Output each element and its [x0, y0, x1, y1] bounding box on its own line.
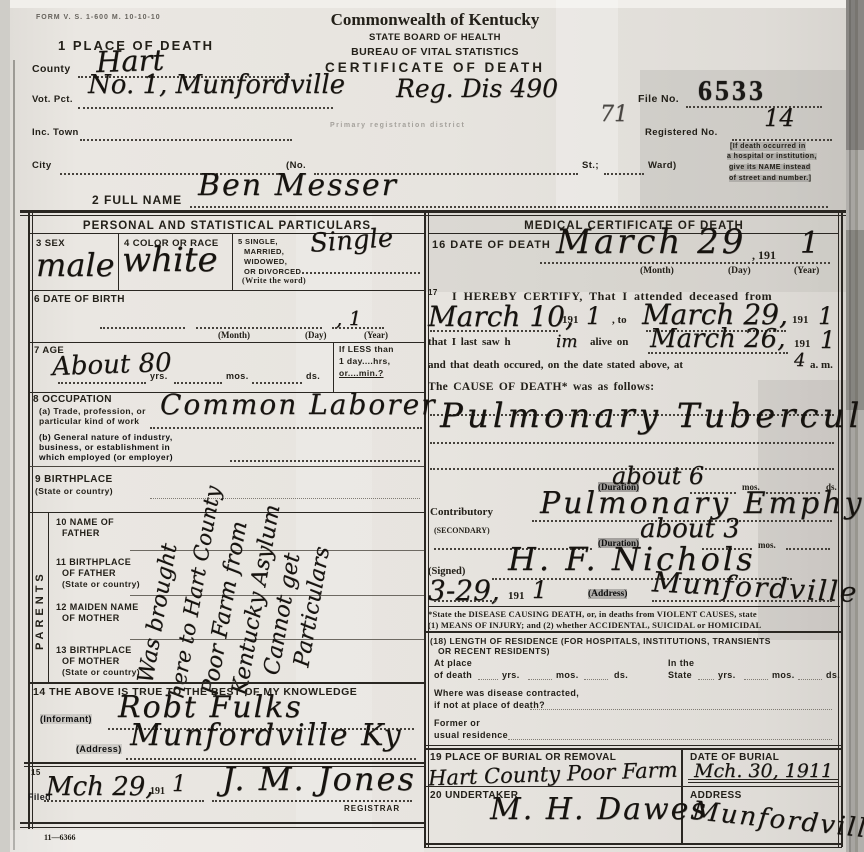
full-name-dots [190, 206, 828, 208]
at-place-dots-2 [528, 679, 552, 680]
filed-date-value: Mch 29, [46, 772, 154, 802]
secondary-label: (SECONDARY) [434, 526, 490, 535]
in-state-dots-2 [744, 679, 768, 680]
from-year-printed: 191 [562, 314, 579, 326]
commonwealth-title: Commonwealth of Kentucky [295, 10, 575, 30]
row-rule-342 [30, 342, 424, 343]
dob-month-label: (Month) [218, 330, 250, 340]
in-state-dots-3 [798, 679, 822, 680]
mother-bp-line2: OF MOTHER [62, 656, 120, 666]
right-border-2 [841, 211, 843, 847]
footnote-line2: (1) MEANS OF INJURY; and (2) whether ACC… [428, 620, 840, 630]
physician-address-dots [652, 600, 832, 602]
scan-left-edge [0, 0, 10, 852]
undertaker-value: M. H. Dawes [490, 792, 708, 827]
mother-bp-line1: 13 BIRTHPLACE [56, 645, 132, 655]
right-bottom-rule-1 [424, 843, 842, 845]
father-name-line2: FATHER [62, 528, 100, 538]
at-place-yrs: yrs. [502, 670, 520, 680]
row-rule-290 [30, 290, 424, 291]
marital-label-line3: WIDOWED, [244, 257, 287, 266]
cause-intro: The CAUSE OF DEATH* was as follows: [428, 381, 654, 393]
file-no-value: 6533 [698, 76, 766, 108]
from-year-digit: 1 [586, 302, 601, 330]
age-subcell-divider [333, 342, 334, 392]
former-line1: Former or [434, 718, 480, 728]
filed-dots-1 [44, 800, 204, 802]
birthplace-dots [150, 498, 420, 499]
last-saw-pre: that I last saw h [428, 336, 511, 348]
mother-name-line2: OF MOTHER [62, 613, 120, 623]
right-border-1 [838, 211, 839, 847]
dod-dots [540, 262, 830, 264]
residence-label-line1: (18) LENGTH OF RESIDENCE (FOR HOSPITALS,… [430, 636, 840, 646]
at-place-ds: ds. [614, 670, 628, 680]
left-border-1 [28, 211, 30, 829]
inc-town-dots [80, 139, 292, 141]
occupation-label: 8 OCCUPATION [33, 394, 112, 405]
occupation-a-line2: particular kind of work [39, 416, 139, 426]
hospital-note-line1: [If death occurred in [730, 142, 806, 151]
occupation-b-line3: which employed (or employer) [39, 452, 173, 462]
vot-pct-value: No. 1, Munfordville [88, 70, 345, 100]
mother-name-line1: 12 MAIDEN NAME [56, 602, 139, 612]
street-label: St.; [582, 160, 599, 171]
attended-from-value: March 10, [428, 300, 574, 333]
in-state-dots-1 [698, 679, 714, 680]
hospital-note-line2: a hospital or institution, [727, 153, 817, 160]
to-year-printed: 191 [792, 314, 809, 326]
age-dots-2 [174, 382, 222, 384]
marital-label-line5: (Write the word) [242, 276, 306, 285]
registrar-signature: J. M. Jones [222, 760, 416, 798]
duration2-dots-3 [786, 548, 830, 550]
registered-no-value: 14 [764, 104, 795, 132]
age-ds-label: ds. [306, 371, 320, 381]
top-rule-1 [20, 210, 846, 213]
hospital-note-line3: give its NAME instead [729, 164, 811, 171]
occupation-b-dots [230, 460, 420, 462]
in-state-line2: State [668, 670, 692, 680]
dod-year-label: (Year) [794, 266, 819, 276]
filed-year-digit: 1 [172, 772, 186, 797]
father-bp-line3: (State or country) [62, 579, 140, 589]
age-yrs-label: yrs. [150, 371, 168, 381]
age-less-line1: If LESS than [339, 344, 394, 354]
informant-label: (Informant) [40, 714, 92, 724]
mother-bp-line3: (State or country) [62, 667, 140, 677]
dob-value: , 1 [336, 306, 361, 330]
duration2-mos-label: mos. [758, 540, 776, 550]
row-rule-466 [30, 466, 424, 467]
death-ampm: a. m. [810, 359, 833, 371]
filed-year-printed: 191 [150, 786, 165, 797]
full-name-value: Ben Messer [198, 168, 398, 203]
age-mos-label: mos. [226, 371, 249, 381]
at-place-mos: mos. [556, 670, 579, 680]
former-line2: usual residence [434, 730, 508, 740]
death-occurred-line: and that death occured, on the date stat… [428, 359, 683, 371]
registered-no-label: Registered No. [645, 127, 718, 138]
form-code-bottom: 11—6366 [44, 833, 76, 842]
burial-top-rule-2 [424, 748, 842, 750]
at-place-dots-1 [478, 679, 498, 680]
signed-year-printed: 191 [508, 590, 525, 602]
occupation-a-dots [150, 427, 422, 429]
father-name-line1: 10 NAME OF [56, 517, 114, 527]
marital-value: Single [309, 223, 394, 259]
date-of-death-value: March 29 [556, 222, 746, 262]
age-dots-3 [252, 382, 302, 384]
row-rule-682 [30, 682, 424, 684]
dod-year-printed: , 191 [752, 248, 776, 263]
left-bottom-rule-1 [20, 822, 426, 824]
signed-year-digit: 1 [532, 576, 547, 604]
signed-date-value: 3-29, [428, 574, 500, 607]
informant-address-label: (Address) [76, 744, 122, 754]
marital-label-line2: MARRIED, [244, 247, 284, 256]
occupation-a-value: Common Laborer [160, 388, 437, 421]
birthplace-sub-label: (State or country) [35, 486, 113, 496]
age-less-line2: 1 day....hrs, [339, 356, 390, 366]
saw-year-printed: 191 [794, 338, 811, 350]
in-state-ds: ds. [826, 670, 840, 680]
registered-no-dots [732, 139, 832, 141]
state-board-line: STATE BOARD OF HEALTH [295, 32, 575, 43]
occupation-b-line2: business, or establishment in [39, 442, 170, 452]
footnote-top-rule [428, 606, 840, 607]
physician-address-label: (Address) [588, 589, 627, 599]
primary-district-faint: Primary registration district [330, 122, 465, 129]
dod-year-digit: 1 [800, 226, 819, 261]
dob-day-label: (Day) [305, 330, 327, 340]
in-state-line1: In the [668, 658, 694, 668]
marital-label-line1: 5 SINGLE, [238, 237, 278, 246]
contracted-line2: if not at place of death? [434, 700, 545, 710]
filed-num: 15 [31, 768, 41, 777]
hospital-note-line4: of street and number.] [729, 175, 811, 182]
age-dots-1 [58, 382, 146, 384]
cause-dots-2 [430, 442, 834, 444]
scan-right-dark1 [846, 0, 864, 150]
dob-label: 6 DATE OF BIRTH [34, 294, 125, 305]
death-hour-value: 4 [794, 350, 805, 371]
right-bottom-rule-2 [424, 847, 842, 848]
row-rule-512 [30, 512, 424, 513]
date-of-death-label: 16 DATE OF DEATH [432, 239, 551, 251]
burial-date-underline-1 [688, 779, 838, 780]
parents-side-label: PARENTS [34, 570, 46, 650]
dod-day-label: (Day) [728, 266, 751, 276]
informant-address-value: Munfordville Ky [130, 718, 403, 753]
filed-dots-2 [212, 800, 412, 802]
to-word: , to [612, 314, 627, 326]
parents-cell-divider [48, 512, 49, 682]
contributory-label: Contributory [430, 506, 493, 518]
marital-dots [302, 272, 420, 274]
signed-date-dots [434, 600, 496, 602]
city-label: City [32, 160, 52, 171]
footnote-line1: *State the DISEASE CAUSING DEATH, or, in… [428, 609, 840, 619]
reg-dis-value: Reg. Dis 490 [396, 74, 558, 103]
at-place-line1: At place [434, 658, 472, 668]
contracted-line1: Where was disease contracted, [434, 688, 579, 698]
occupation-b-line1: (b) General nature of industry, [39, 432, 173, 442]
cause-of-death-value: Pulmonary Tuberculosis [440, 396, 864, 436]
inc-town-label: Inc. Town [32, 127, 79, 138]
attended-from-dots [430, 330, 558, 332]
birthplace-label: 9 BIRTHPLACE [35, 474, 113, 485]
saw-year-digit: 1 [820, 326, 835, 354]
age-less-line3: or....min.? [339, 368, 384, 378]
center-border-1 [424, 211, 426, 847]
left-border-2 [32, 211, 33, 829]
cell-divider-race-marital [232, 234, 233, 290]
burial-date-underline-2 [688, 782, 838, 783]
at-place-dots-3 [584, 679, 608, 680]
last-saw-mid: alive on [590, 336, 628, 348]
full-name-label: 2 FULL NAME [92, 193, 182, 207]
form-code-top: FORM V. S. 1-600 M. 10-10-10 [36, 14, 161, 21]
district-number-value: 71 [600, 102, 628, 127]
contracted-dots [530, 709, 832, 710]
sex-value: male [36, 246, 115, 284]
dod-month-label: (Month) [640, 266, 674, 276]
residence-label-line2: OR RECENT RESIDENTS) [438, 646, 550, 656]
last-saw-dots [648, 352, 788, 354]
in-state-mos: mos. [772, 670, 795, 680]
occupation-a-line1: (a) Trade, profession, or [39, 406, 146, 416]
vot-pct-label: Vot. Pct. [32, 94, 73, 105]
file-no-label: File No. [638, 93, 679, 105]
bureau-line: BUREAU OF VITAL STATISTICS [295, 46, 575, 58]
dob-dots-1 [100, 327, 185, 329]
registrar-label: REGISTRAR [344, 804, 400, 813]
father-bp-line1: 11 BIRTHPLACE [56, 557, 131, 567]
last-saw-him: im [556, 332, 578, 352]
top-rule-2 [20, 215, 846, 216]
dob-year-label: (Year) [364, 330, 388, 340]
ward-label: Ward) [648, 160, 677, 171]
father-bp-line2: OF FATHER [62, 568, 116, 578]
certify-num: 17 [428, 288, 438, 297]
in-state-yrs: yrs. [718, 670, 736, 680]
street-dots [604, 173, 644, 175]
at-place-line2: of death [434, 670, 472, 680]
race-value: white [122, 240, 218, 280]
cell-divider-sex-race [118, 234, 119, 290]
scan-right-dark2 [846, 230, 864, 410]
dob-dots-2 [196, 327, 322, 329]
vot-dots [78, 107, 333, 109]
left-bottom-rule-2 [20, 827, 426, 828]
undertaker-top-rule [424, 786, 842, 787]
last-saw-value: March 26, [650, 324, 785, 354]
marital-label-line4: OR DIVORCED [244, 267, 301, 276]
former-dots [508, 739, 832, 740]
county-label: County [32, 63, 71, 75]
burial-top-rule-1 [424, 745, 842, 746]
residence-top-rule [424, 631, 842, 633]
